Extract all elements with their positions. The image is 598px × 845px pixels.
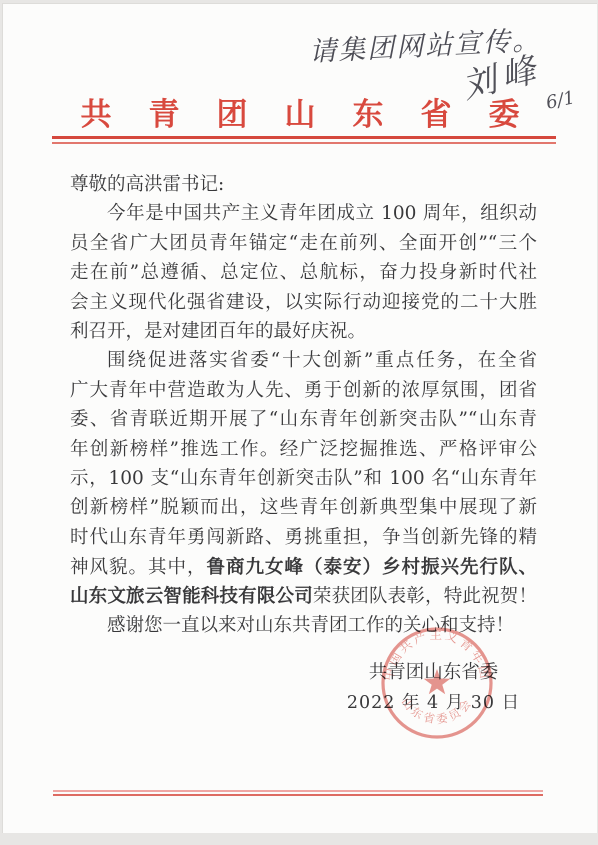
body-line: 感谢您一直以来对山东共青团工作的关心和支持！ (70, 611, 537, 640)
closing-block: 共青团山东省委 2022 年 4 月 30 日 (331, 657, 536, 719)
body-line: 示，100 支“山东青年创新突击队”和 100 名“山东青年 (70, 464, 537, 493)
body-line: 神风貌。其中，鲁商九女峰（泰安）乡村振兴先行队、 (70, 552, 537, 581)
body-line: 今年是中国共产主义青年团成立 100 周年，组织动 (70, 199, 537, 228)
closing-org: 共青团山东省委 (331, 657, 536, 688)
line-text: 感谢您一直以来对山东共青团工作的关心和支持！ (107, 615, 514, 636)
body-line: 时代山东青年勇闯新路、勇挑重担，争当创新先锋的精 (70, 523, 537, 552)
line-text: 走在前”总遵循、总定位、总航标，奋力投身新时代社 (70, 262, 537, 283)
body-line: 年创新榜样”推选工作。经广泛挖掘推选、严格评审公 (70, 435, 537, 464)
salutation: 尊敬的高洪雷书记: (70, 170, 537, 199)
body-line: 会主义现代化强省建设，以实际行动迎接党的二十大胜 (70, 288, 537, 317)
letterhead-title: 共青团山东省委 (3, 97, 597, 133)
body-line: 员全省广大团员青年锚定“走在前列、全面开创”“三个 (70, 229, 537, 258)
body-line: 围绕促进落实省委“十大创新”重点任务，在全省 (70, 346, 537, 375)
body-line: 创新榜样”脱颖而出，这些青年创新典型集中展现了新 (70, 493, 537, 522)
line-text: 荣获团队表彰，特此祝贺！ (313, 586, 537, 607)
line-text: 委、省青联近期开展了“山东青年创新突击队”“山东青 (70, 409, 537, 430)
body-line: 广大青年中营造敢为人先、勇于创新的浓厚氛围，团省 (70, 376, 537, 405)
closing-date: 2022 年 4 月 30 日 (331, 688, 536, 719)
line-text: 围绕促进落实省委“十大创新”重点任务，在全省 (107, 350, 537, 371)
letter-paper: 请集团网站宣传。 刘峰 6/1 共青团山东省委 尊敬的高洪雷书记: 今年是中国共… (2, 3, 597, 833)
line-text: 会主义现代化强省建设，以实际行动迎接党的二十大胜 (70, 292, 537, 313)
letterhead-rule (52, 136, 556, 144)
letter-body: 尊敬的高洪雷书记: 今年是中国共产主义青年团成立 100 周年，组织动 员全省广… (70, 170, 537, 640)
bold-segment: 鲁商九女峰（泰安）乡村振兴先行队、 (207, 556, 537, 577)
footer-rule (53, 790, 543, 796)
line-text: 员全省广大团员青年锚定“走在前列、全面开创”“三个 (70, 233, 537, 254)
bold-segment: 山东文旅云智能科技有限公司 (70, 585, 313, 606)
line-text: 今年是中国共产主义青年团成立 100 周年，组织动 (107, 203, 537, 224)
body-line: 委、省青联近期开展了“山东青年创新突击队”“山东青 (70, 405, 537, 434)
body-line: 利召开，是对建团百年的最好庆祝。 (70, 317, 537, 346)
line-text: 广大青年中营造敢为人先、勇于创新的浓厚氛围，团省 (70, 380, 537, 401)
line-text: 时代山东青年勇闯新路、勇挑重担，争当创新先锋的精 (70, 527, 537, 548)
line-text: 年创新榜样”推选工作。经广泛挖掘推选、严格评审公 (70, 439, 537, 460)
line-text: 创新榜样”脱颖而出，这些青年创新典型集中展现了新 (70, 497, 537, 518)
scanned-letter: 请集团网站宣传。 刘峰 6/1 共青团山东省委 尊敬的高洪雷书记: 今年是中国共… (0, 0, 598, 845)
line-text: 示，100 支“山东青年创新突击队”和 100 名“山东青年 (70, 468, 537, 489)
line-text: 利召开，是对建团百年的最好庆祝。 (70, 321, 366, 342)
body-line: 山东文旅云智能科技有限公司荣获团队表彰，特此祝贺！ (70, 581, 537, 610)
body-line: 走在前”总遵循、总定位、总航标，奋力投身新时代社 (70, 258, 537, 287)
line-text: 神风貌。其中， (70, 557, 207, 578)
letterhead-title-text: 共青团山东省委 (81, 97, 557, 133)
